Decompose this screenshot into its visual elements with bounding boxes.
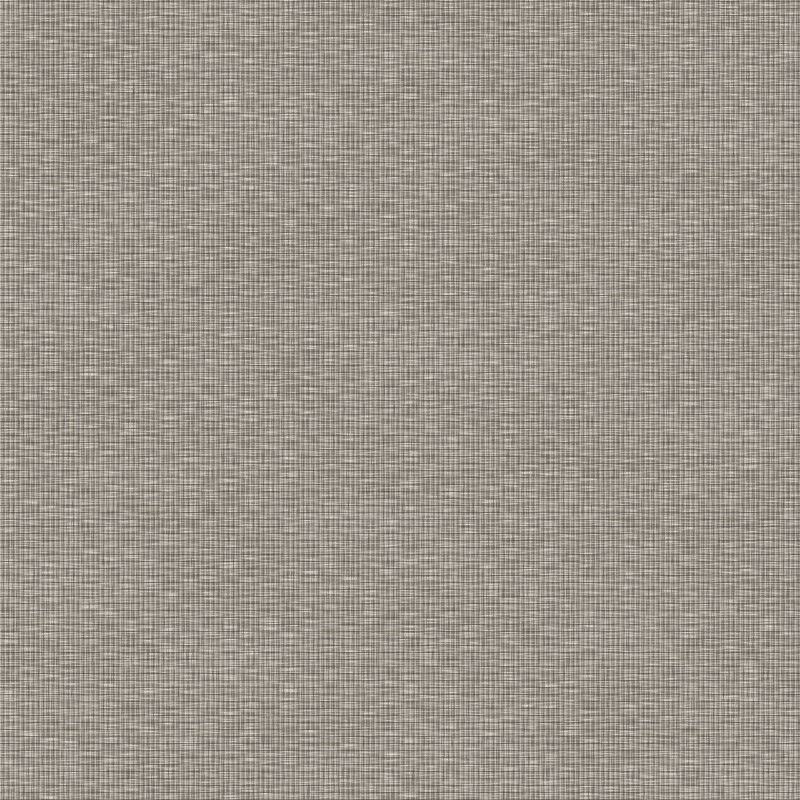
fabric-texture <box>0 0 800 800</box>
weft-threads <box>0 0 800 800</box>
